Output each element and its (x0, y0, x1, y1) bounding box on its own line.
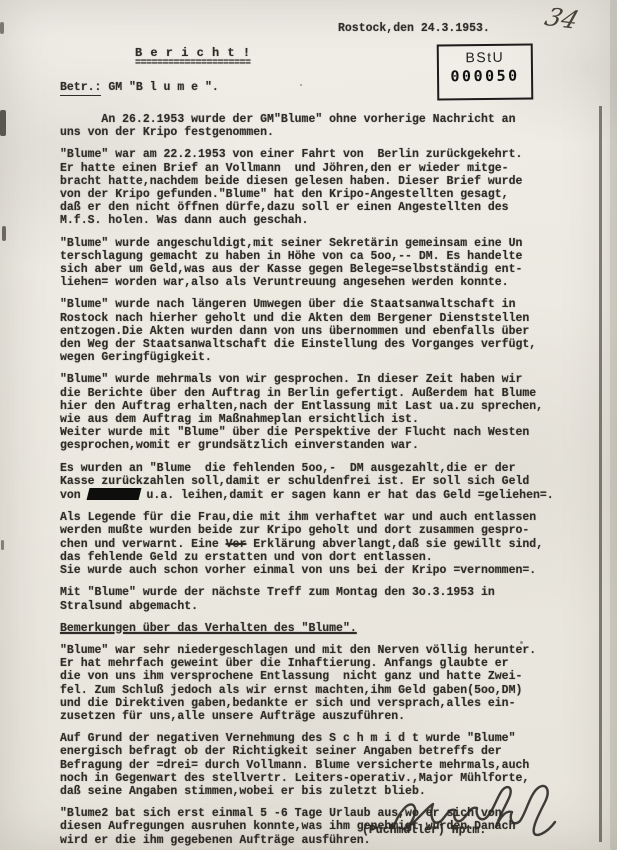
remarks-heading: Bemerkungen über das Verhalten des "Blum… (60, 622, 565, 635)
redaction-bar (86, 488, 141, 500)
archive-stamp: BStU 000050 (437, 43, 534, 100)
handwritten-page-number: 34 (541, 3, 582, 35)
paragraph-money: Es wurden an "Blume die fehlenden 5oo,- … (60, 462, 565, 503)
scan-speck (150, 702, 152, 704)
scan-speck (0, 22, 4, 34)
paragraph-talks: "Blume" wurde mehrmals von wir gesproche… (60, 373, 565, 452)
scan-speck (0, 110, 6, 136)
paragraph-berlin-return: "Blume" war am 22.2.1953 von einer Fahrt… (60, 148, 565, 227)
subject-line: Betr.: GM "B l u m e ". (60, 81, 219, 94)
scan-speck (300, 84, 302, 86)
paragraph-behavior: "Blume" war sehr niedergeschlagen und mi… (60, 644, 565, 723)
paragraph-prosecutor: "Blume" wurde nach längeren Umwegen über… (60, 298, 565, 364)
stamp-serial-number: 000050 (439, 67, 531, 86)
scan-speck (420, 206, 423, 209)
report-title-block: B e r i c h t ! ===================== (135, 46, 251, 67)
report-body: An 26.2.1953 wurde der GM"Blume" ohne vo… (60, 113, 565, 850)
scan-speck (2, 226, 6, 241)
scan-speck (520, 641, 523, 644)
scan-speck (1, 540, 4, 550)
paragraph-legende: Als Legende für die Frau,die mit ihm ver… (60, 511, 565, 577)
report-title-underline: ===================== (135, 60, 251, 67)
document-page: Rostock,den 24.3.1953. 34 B e r i c h t … (0, 0, 617, 850)
struck-word: Ver (226, 538, 247, 551)
scan-right-edge-shade (610, 0, 617, 850)
subject-value: GM "B l u m e ". (101, 81, 218, 94)
subject-label: Betr.: (60, 81, 101, 96)
money-text-after: u.a. leihen,damit er sagen kann er hat d… (140, 489, 554, 502)
signature-block: (Puchmüller) Hptm. (362, 782, 572, 837)
scan-edge-line (599, 106, 602, 842)
stamp-org-label: BStU (439, 49, 531, 66)
place-date: Rostock,den 24.3.1953. (338, 22, 490, 35)
paragraph-accusation: "Blume" wurde angeschuldigt,mit seiner S… (60, 237, 565, 290)
paragraph-next-treff: Mit "Blume" wurde der nächste Treff zum … (60, 586, 565, 612)
paragraph-arrest: An 26.2.1953 wurde der GM"Blume" ohne vo… (60, 113, 565, 139)
